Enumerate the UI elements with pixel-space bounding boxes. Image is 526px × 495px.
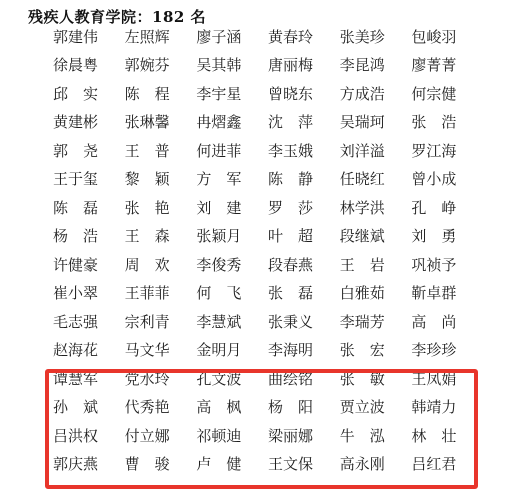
name-cell: 吴瑞珂	[340, 111, 412, 132]
name-cell: 罗江海	[411, 140, 483, 161]
name-cell: 李宇星	[196, 83, 268, 104]
roster-row: 赵海花马文华金明月李海明张 宏李珍珍	[53, 336, 483, 365]
name-cell: 段继斌	[340, 225, 412, 246]
name-cell: 张颖月	[196, 225, 268, 246]
name-cell: 陈 程	[125, 83, 197, 104]
name-cell: 巩祯予	[411, 254, 483, 275]
name-cell: 吴其韩	[196, 54, 268, 75]
name-cell: 张 浩	[411, 111, 483, 132]
roster-row: 郭建伟左照辉廖子涵黄春玲张美珍包峻羽	[53, 22, 483, 51]
name-cell: 李海明	[268, 339, 340, 360]
name-cell: 高 尚	[411, 311, 483, 332]
name-cell: 王 岩	[340, 254, 412, 275]
name-cell: 郭庆燕	[53, 453, 125, 474]
name-cell: 包峻羽	[411, 26, 483, 47]
document-page: 残疾人教育学院：182 名 郭建伟左照辉廖子涵黄春玲张美珍包峻羽徐晨粤郭婉芬吴其…	[0, 0, 526, 495]
name-cell: 廖子涵	[196, 26, 268, 47]
name-cell: 祁顿迪	[196, 425, 268, 446]
name-cell: 赵海花	[53, 339, 125, 360]
roster-row: 吕洪权付立娜祁顿迪梁丽娜牛 泓林 壮	[53, 421, 483, 450]
roster-row: 毛志强宗利青李慧斌张秉义李瑞芳高 尚	[53, 307, 483, 336]
name-cell: 黎 颖	[125, 168, 197, 189]
roster-row: 邱 实陈 程李宇星曾晓东方成浩何宗健	[53, 79, 483, 108]
name-cell: 吕洪权	[53, 425, 125, 446]
roster-row: 谭慧军党水玲孔文波曲绘铭张 敏王凤娟	[53, 364, 483, 393]
name-cell: 党水玲	[125, 368, 197, 389]
name-cell: 李瑞芳	[340, 311, 412, 332]
name-cell: 卢 健	[196, 453, 268, 474]
name-cell: 李慧斌	[196, 311, 268, 332]
name-cell: 曾小成	[411, 168, 483, 189]
name-cell: 陈 磊	[53, 197, 125, 218]
name-cell: 杨 阳	[268, 396, 340, 417]
name-cell: 王 森	[125, 225, 197, 246]
name-cell: 张 磊	[268, 282, 340, 303]
name-cell: 毛志强	[53, 311, 125, 332]
name-cell: 邱 实	[53, 83, 125, 104]
name-cell: 沈 萍	[268, 111, 340, 132]
name-cell: 牛 泓	[340, 425, 412, 446]
roster-row: 陈 磊张 艳刘 建罗 莎林学洪孔 峥	[53, 193, 483, 222]
name-cell: 白雅茹	[340, 282, 412, 303]
name-cell: 杨 浩	[53, 225, 125, 246]
name-cell: 梁丽娜	[268, 425, 340, 446]
name-cell: 林 壮	[411, 425, 483, 446]
name-cell: 贾立波	[340, 396, 412, 417]
name-cell: 王 普	[125, 140, 197, 161]
roster-row: 黄建彬张琳馨冉熠鑫沈 萍吴瑞珂张 浩	[53, 108, 483, 137]
name-cell: 冉熠鑫	[196, 111, 268, 132]
name-cell: 付立娜	[125, 425, 197, 446]
name-cell: 孔 峥	[411, 197, 483, 218]
name-cell: 唐丽梅	[268, 54, 340, 75]
name-cell: 高永刚	[340, 453, 412, 474]
name-cell: 何 飞	[196, 282, 268, 303]
name-cell: 左照辉	[125, 26, 197, 47]
roster-row: 杨 浩王 森张颖月叶 超段继斌刘 勇	[53, 222, 483, 251]
name-cell: 刘 建	[196, 197, 268, 218]
name-cell: 代秀艳	[125, 396, 197, 417]
roster-row: 王于玺黎 颖方 军陈 静任晓红曾小成	[53, 165, 483, 194]
name-cell: 金明月	[196, 339, 268, 360]
name-cell: 叶 超	[268, 225, 340, 246]
name-cell: 谭慧军	[53, 368, 125, 389]
name-cell: 王文保	[268, 453, 340, 474]
name-cell: 林学洪	[340, 197, 412, 218]
name-cell: 段春燕	[268, 254, 340, 275]
name-cell: 张 艳	[125, 197, 197, 218]
name-cell: 罗 莎	[268, 197, 340, 218]
name-cell: 王菲菲	[125, 282, 197, 303]
name-cell: 黄建彬	[53, 111, 125, 132]
roster-row: 许健豪周 欢李俊秀段春燕王 岩巩祯予	[53, 250, 483, 279]
name-cell: 任晓红	[340, 168, 412, 189]
name-cell: 李俊秀	[196, 254, 268, 275]
name-cell: 郭 尧	[53, 140, 125, 161]
name-cell: 李昆鸿	[340, 54, 412, 75]
name-cell: 张 宏	[340, 339, 412, 360]
name-cell: 靳卓群	[411, 282, 483, 303]
name-cell: 王于玺	[53, 168, 125, 189]
name-roster-grid: 郭建伟左照辉廖子涵黄春玲张美珍包峻羽徐晨粤郭婉芬吴其韩唐丽梅李昆鸿廖菁菁邱 实陈…	[53, 22, 483, 478]
name-cell: 方 军	[196, 168, 268, 189]
name-cell: 何宗健	[411, 83, 483, 104]
name-cell: 王凤娟	[411, 368, 483, 389]
name-cell: 方成浩	[340, 83, 412, 104]
name-cell: 徐晨粤	[53, 54, 125, 75]
name-cell: 张美珍	[340, 26, 412, 47]
name-cell: 李玉娥	[268, 140, 340, 161]
roster-row: 崔小翠王菲菲何 飞张 磊白雅茹靳卓群	[53, 279, 483, 308]
name-cell: 崔小翠	[53, 282, 125, 303]
name-cell: 郭婉芬	[125, 54, 197, 75]
name-cell: 周 欢	[125, 254, 197, 275]
name-cell: 孙 斌	[53, 396, 125, 417]
name-cell: 高 枫	[196, 396, 268, 417]
name-cell: 黄春玲	[268, 26, 340, 47]
name-cell: 刘洋溢	[340, 140, 412, 161]
name-cell: 张 敏	[340, 368, 412, 389]
name-cell: 马文华	[125, 339, 197, 360]
name-cell: 廖菁菁	[411, 54, 483, 75]
name-cell: 郭建伟	[53, 26, 125, 47]
name-cell: 张秉义	[268, 311, 340, 332]
name-cell: 陈 静	[268, 168, 340, 189]
roster-row: 郭 尧王 普何进菲李玉娥刘洋溢罗江海	[53, 136, 483, 165]
name-cell: 孔文波	[196, 368, 268, 389]
name-cell: 曹 骏	[125, 453, 197, 474]
name-cell: 韩靖力	[411, 396, 483, 417]
name-cell: 李珍珍	[411, 339, 483, 360]
name-cell: 曲绘铭	[268, 368, 340, 389]
roster-row: 郭庆燕曹 骏卢 健王文保高永刚吕红君	[53, 450, 483, 479]
name-cell: 宗利青	[125, 311, 197, 332]
name-cell: 刘 勇	[411, 225, 483, 246]
name-cell: 何进菲	[196, 140, 268, 161]
roster-row: 孙 斌代秀艳高 枫杨 阳贾立波韩靖力	[53, 393, 483, 422]
name-cell: 许健豪	[53, 254, 125, 275]
name-cell: 张琳馨	[125, 111, 197, 132]
roster-row: 徐晨粤郭婉芬吴其韩唐丽梅李昆鸿廖菁菁	[53, 51, 483, 80]
name-cell: 曾晓东	[268, 83, 340, 104]
name-cell: 吕红君	[411, 453, 483, 474]
